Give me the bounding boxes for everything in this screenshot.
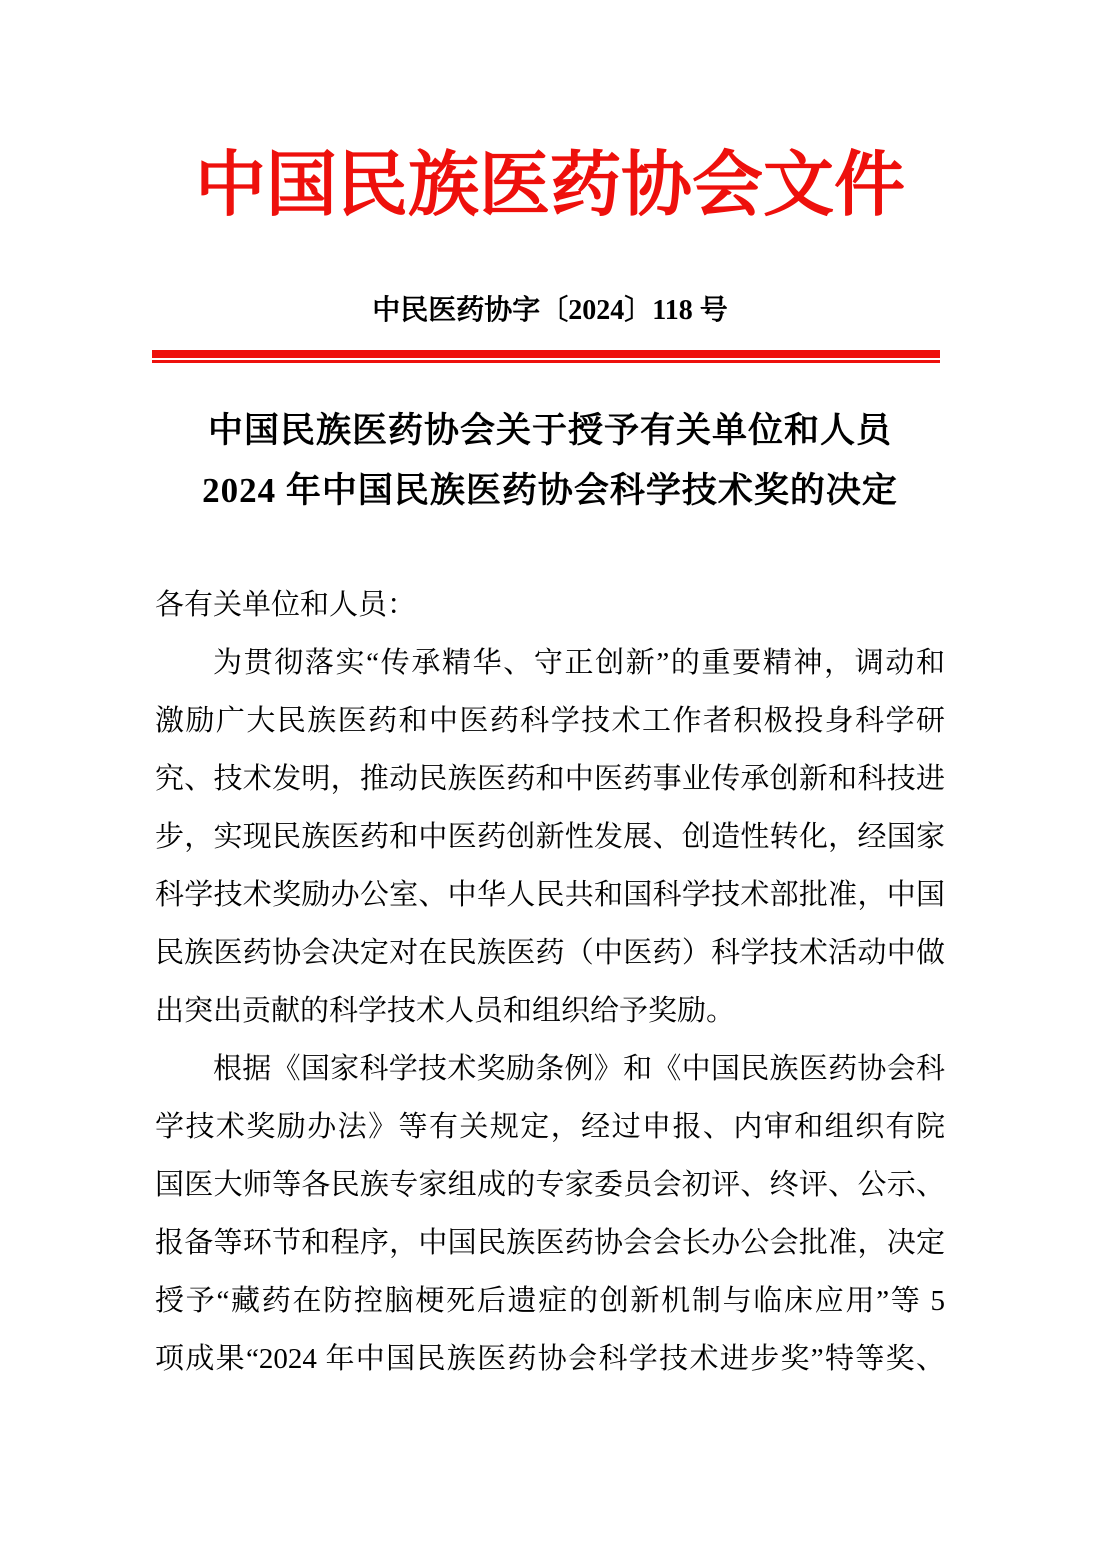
body-lines: 为贯彻落实“传承精华、守正创新”的重要精神，调动和激励广大民族医药和中医药科学技… [155, 634, 945, 1388]
body-line: 出突出贡献的科学技术人员和组织给予奖励。 [155, 982, 945, 1040]
body-line: 国医大师等各民族专家组成的专家委员会初评、终评、公示、 [155, 1156, 945, 1214]
body-text: 各有关单位和人员： 为贯彻落实“传承精华、守正创新”的重要精神，调动和激励广大民… [155, 576, 945, 1388]
org-title: 中国民族医药协会文件 [0, 143, 1100, 229]
body-line: 授予“藏药在防控脑梗死后遗症的创新机制与临床应用”等 5 [155, 1272, 945, 1330]
body-line: 民族医药协会决定对在民族医药（中医药）科学技术活动中做 [155, 924, 945, 982]
document-page: 中国民族医药协会文件 中民医药协字〔2024〕118 号 中国民族医药协会关于授… [0, 0, 1100, 1556]
body-line: 学技术奖励办法》等有关规定，经过申报、内审和组织有院士、 [155, 1098, 945, 1156]
body-line: 为贯彻落实“传承精华、守正创新”的重要精神，调动和 [155, 634, 945, 692]
doc-title-line1: 中国民族医药协会关于授予有关单位和人员 [0, 401, 1100, 461]
salutation: 各有关单位和人员： [155, 576, 945, 634]
doc-title: 中国民族医药协会关于授予有关单位和人员 2024 年中国民族医药协会科学技术奖的… [0, 401, 1100, 521]
body-line: 报备等环节和程序，中国民族医药协会会长办公会批准，决定 [155, 1214, 945, 1272]
body-line: 究、技术发明，推动民族医药和中医药事业传承创新和科技进 [155, 750, 945, 808]
red-divider-thin-rule [152, 360, 940, 363]
body-line: 激励广大民族医药和中医药科学技术工作者积极投身科学研 [155, 692, 945, 750]
body-line: 科学技术奖励办公室、中华人民共和国科学技术部批准，中国 [155, 866, 945, 924]
doc-title-line2: 2024 年中国民族医药协会科学技术奖的决定 [0, 461, 1100, 521]
body-line: 根据《国家科学技术奖励条例》和《中国民族医药协会科 [155, 1040, 945, 1098]
red-divider-thick-rule [152, 350, 940, 358]
body-line: 项成果“2024 年中国民族医药协会科学技术进步奖”特等奖、 [155, 1330, 945, 1388]
doc-number: 中民医药协字〔2024〕118 号 [0, 293, 1100, 329]
red-divider [152, 350, 940, 363]
body-line: 步，实现民族医药和中医药创新性发展、创造性转化，经国家 [155, 808, 945, 866]
